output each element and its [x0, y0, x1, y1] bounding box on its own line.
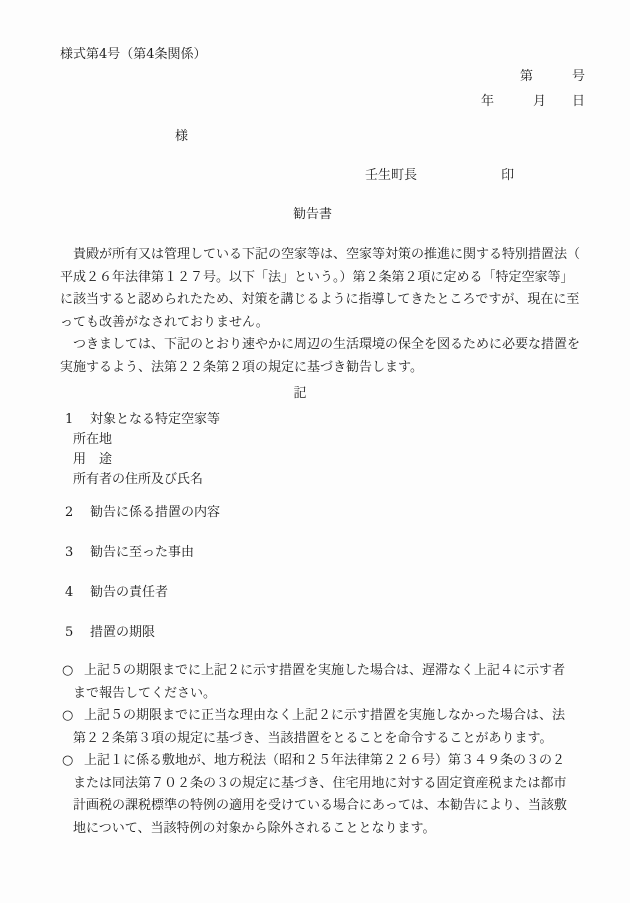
item-label: 措置の期限: [90, 625, 155, 640]
sender-title: 壬生町長: [365, 168, 417, 183]
item-subline-location: 所在地: [73, 430, 585, 450]
seal-mark: 印: [501, 168, 514, 183]
document-number-line: 第 号: [60, 67, 585, 87]
note-item-1: ○上記５の期限までに上記２に示す措置を実施した場合は、遅滞なく上記４に示す者まで…: [60, 660, 585, 705]
addressee-suffix: 様: [175, 129, 188, 144]
item-head: 3勧告に至った事由: [73, 543, 585, 563]
item-subline-owner: 所有者の住所及び氏名: [73, 470, 585, 490]
item-number: 4: [65, 583, 90, 603]
item-head: 2勧告に係る措置の内容: [73, 503, 585, 523]
item-label: 勧告に至った事由: [90, 545, 194, 560]
item-number: 3: [65, 543, 90, 563]
note-text: 上記１に係る敷地が、地方税法（昭和２５年法律第２２６号）第３４９条の３の２または…: [73, 753, 567, 836]
date-line: 年 月 日: [60, 92, 585, 112]
body-paragraph-1: 貴殿が所有又は管理している下記の空家等は、空家等対策の推進に関する特別措置法（平…: [60, 244, 585, 334]
item-head: 1対象となる特定空家等: [73, 410, 585, 430]
item-number: 5: [65, 623, 90, 643]
list-item-5: 5措置の期限: [60, 623, 585, 643]
item-label: 勧告に係る措置の内容: [90, 505, 220, 520]
item-number: 1: [65, 410, 90, 430]
note-item-3: ○上記１に係る敷地が、地方税法（昭和２５年法律第２２６号）第３４９条の３の２また…: [60, 750, 585, 840]
circle-marker: ○: [62, 750, 73, 773]
notes-section: ○上記５の期限までに上記２に示す措置を実施した場合は、遅滞なく上記４に示す者まで…: [60, 660, 585, 840]
circle-marker: ○: [62, 660, 73, 683]
list-item-2: 2勧告に係る措置の内容: [60, 503, 585, 523]
form-number: 様式第4号（第4条関係）: [60, 45, 585, 65]
item-number: 2: [65, 503, 90, 523]
addressee-line: 様: [60, 127, 585, 147]
document-page: 様式第4号（第4条関係） 第 号 年 月 日 様 壬生町長 印 勧告書 貴殿が所…: [0, 0, 630, 903]
body-paragraph-2: つきましては、下記のとおり速やかに周辺の生活環境の保全を図るために必要な措置を実…: [60, 334, 585, 379]
item-label: 勧告の責任者: [90, 585, 168, 600]
item-head: 5措置の期限: [73, 623, 585, 643]
document-title: 勧告書: [60, 205, 565, 225]
list-item-3: 3勧告に至った事由: [60, 543, 585, 563]
note-text: 上記５の期限までに正当な理由なく上記２に示す措置を実施しなかった場合は、法第２２…: [73, 708, 565, 746]
ki-marker: 記: [60, 384, 540, 404]
note-text: 上記５の期限までに上記２に示す措置を実施した場合は、遅滞なく上記４に示す者まで報…: [73, 663, 565, 701]
item-label: 対象となる特定空家等: [90, 412, 220, 427]
list-item-1: 1対象となる特定空家等 所在地 用 途 所有者の住所及び氏名: [60, 410, 585, 490]
note-item-2: ○上記５の期限までに正当な理由なく上記２に示す措置を実施しなかった場合は、法第２…: [60, 705, 585, 750]
list-item-4: 4勧告の責任者: [60, 583, 585, 603]
item-head: 4勧告の責任者: [73, 583, 585, 603]
sender-line: 壬生町長 印: [60, 166, 585, 186]
circle-marker: ○: [62, 705, 73, 728]
item-subline-use: 用 途: [73, 450, 585, 470]
